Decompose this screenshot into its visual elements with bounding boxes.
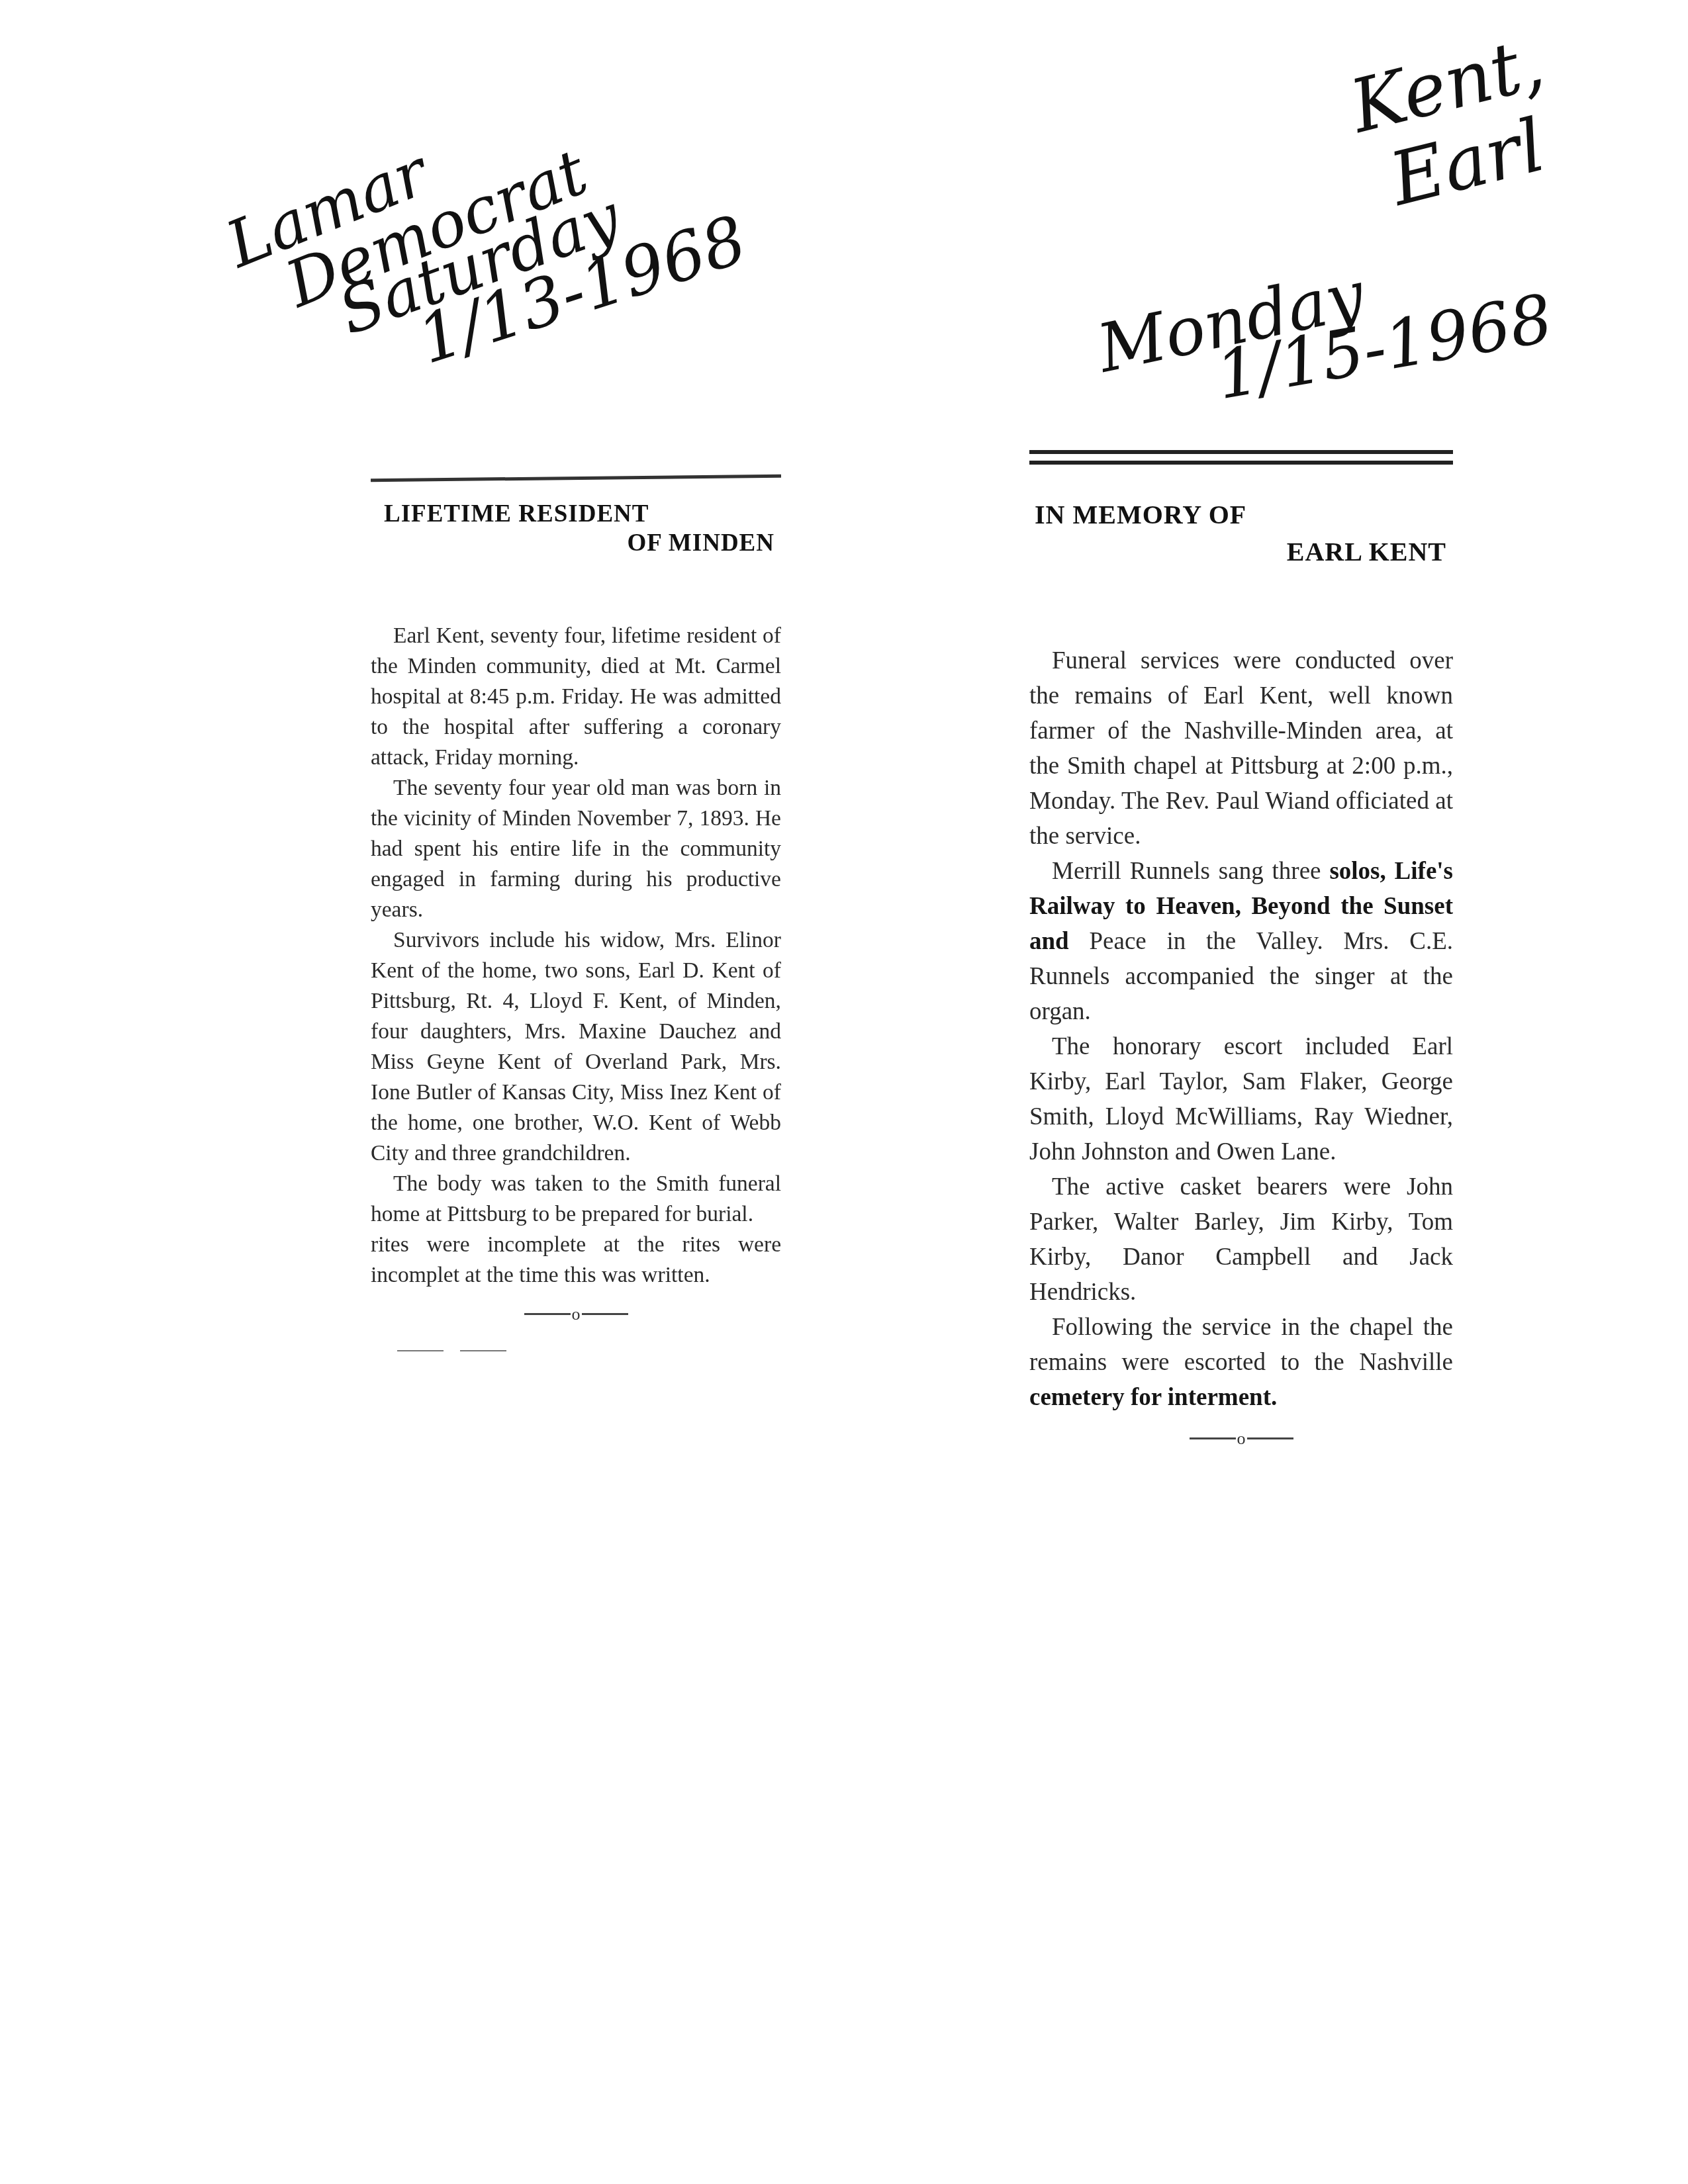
end-mark-left: o [371, 1302, 781, 1324]
paragraph: The honorary escort included Earl Kirby,… [1029, 1029, 1453, 1169]
paragraph: Earl Kent, seventy four, lifetime reside… [371, 621, 781, 773]
paragraph: rites were incomplete at the rites were … [371, 1230, 781, 1291]
headline-left-line1: LIFETIME RESIDENT [384, 500, 649, 527]
obituary-clipping-left: LIFETIME RESIDENT OF MINDEN Earl Kent, s… [371, 477, 781, 1355]
paragraph: Funeral services were conducted over the… [1029, 643, 1453, 854]
headline-left: LIFETIME RESIDENT OF MINDEN [384, 500, 781, 558]
paragraph: Survivors include his widow, Mrs. Elinor… [371, 925, 781, 1169]
end-mark-right: o [1029, 1427, 1453, 1449]
paragraph: The active casket bearers were John Park… [1029, 1169, 1453, 1310]
article-body-left: Earl Kent, seventy four, lifetime reside… [371, 621, 781, 1291]
paragraph-songs: Merrill Runnels sang three solos, Life's… [1029, 854, 1453, 1029]
double-rule [1029, 450, 1453, 465]
article-body-right: Funeral services were conducted over the… [1029, 643, 1453, 1415]
headline-right: IN MEMORY OF EARL KENT [1035, 496, 1453, 570]
paragraph-burial: Following the service in the chapel the … [1029, 1310, 1453, 1415]
torn-edge-lines [397, 1343, 781, 1355]
paragraph: The seventy four year old man was born i… [371, 773, 781, 925]
headline-right-line1: IN MEMORY OF [1035, 500, 1246, 529]
paragraph: The body was taken to the Smith funeral … [371, 1169, 781, 1230]
obituary-clipping-right: IN MEMORY OF EARL KENT Funeral services … [1029, 450, 1453, 1449]
headline-right-line2: EARL KENT [1035, 533, 1453, 570]
headline-left-line2: OF MINDEN [384, 529, 781, 558]
burial-bold-text: cemetery for interment. [1029, 1384, 1277, 1411]
top-rule [371, 475, 781, 482]
